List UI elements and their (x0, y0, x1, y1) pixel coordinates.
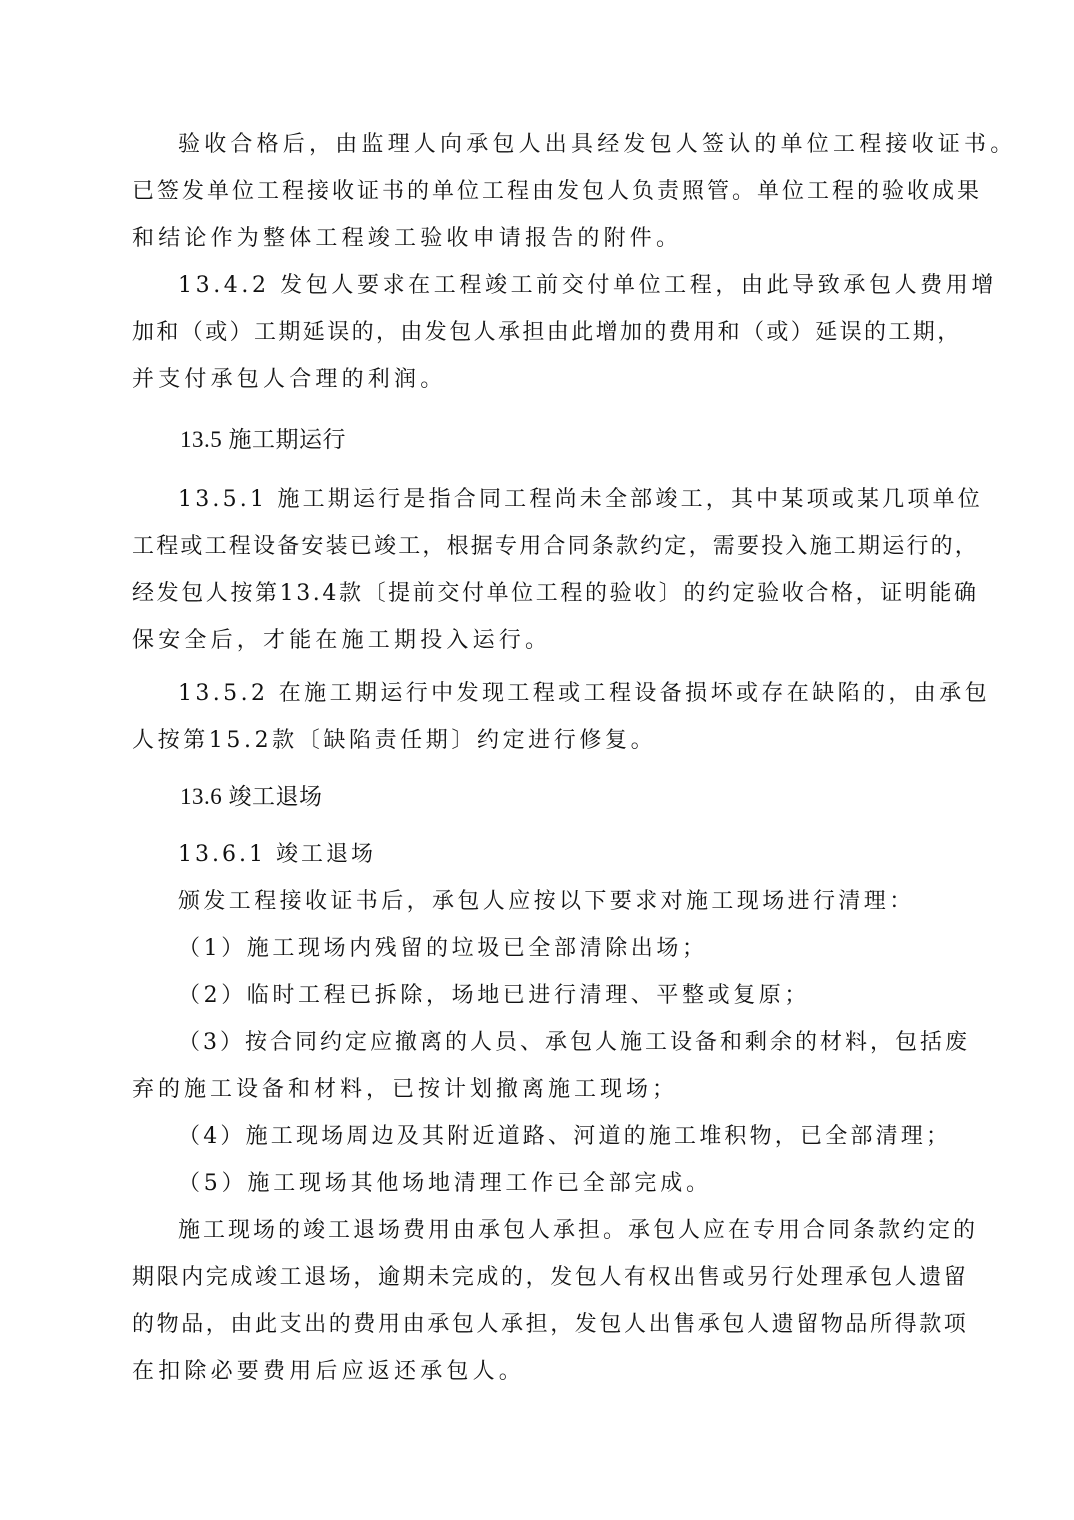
section-heading-13-6: 13.6 竣工退场 (180, 782, 323, 812)
text-line: 颁发工程接收证书后，承包人应按以下要求对施工现场进行清理： (178, 887, 915, 917)
text-line: 和结论作为整体工程竣工验收申请报告的附件。 (132, 224, 682, 254)
text-line: 并支付承包人合理的利润。 (132, 365, 446, 395)
text-line: 13.4.2 发包人要求在工程竣工前交付单位工程，由此导致承包人费用增 (178, 271, 997, 301)
list-item-continuation: 弃的施工设备和材料，已按计划撤离施工现场； (132, 1075, 678, 1105)
text-line: 期限内完成竣工退场，逾期未完成的，发包人有权出售或另行处理承包人遗留 (132, 1263, 968, 1293)
document-page: 验收合格后，由监理人向承包人出具经发包人签认的单位工程接收证书。 已签发单位工程… (0, 0, 1074, 1520)
text-line: 施工现场的竣工退场费用由承包人承担。承包人应在专用合同条款约定的 (178, 1216, 978, 1246)
text-line: 经发包人按第13.4款〔提前交付单位工程的验收〕的约定验收合格，证明能确 (132, 579, 979, 609)
text-line: 13.5.1 施工期运行是指合同工程尚未全部竣工，其中某项或某几项单位 (178, 485, 983, 515)
text-line: 的物品，由此支出的费用由承包人承担，发包人出售承包人遗留物品所得款项 (132, 1310, 968, 1340)
list-item: （5）施工现场其他场地清理工作已全部完成。 (178, 1169, 712, 1199)
section-heading-13-5: 13.5 施工期运行 (180, 425, 346, 455)
text-line: 验收合格后，由监理人向承包人出具经发包人签认的单位工程接收证书。 (178, 130, 1016, 160)
text-line: 在扣除必要费用后应返还承包人。 (132, 1357, 525, 1387)
list-item: （3）按合同约定应撤离的人员、承包人施工设备和剩余的材料，包括废 (178, 1028, 970, 1058)
text-line: 工程或工程设备安装已竣工，根据专用合同条款约定，需要投入施工期运行的， (132, 532, 979, 562)
text-line: 13.5.2 在施工期运行中发现工程或工程设备损坏或存在缺陷的，由承包 (178, 679, 990, 709)
text-line: 加和（或）工期延误的，由发包人承担由此增加的费用和（或）延误的工期， (132, 318, 962, 348)
list-item: （2）临时工程已拆除，场地已进行清理、平整或复原； (178, 981, 810, 1011)
text-line: 人按第15.2款〔缺陷责任期〕约定进行修复。 (132, 726, 656, 756)
list-item: （1）施工现场内残留的垃圾已全部清除出场； (178, 934, 708, 964)
text-line: 保安全后，才能在施工期投入运行。 (132, 626, 551, 656)
text-line: 13.6.1 竣工退场 (178, 840, 376, 870)
text-line: 已签发单位工程接收证书的单位工程由发包人负责照管。单位工程的验收成果 (132, 177, 982, 207)
list-item: （4）施工现场周边及其附近道路、河道的施工堆积物，已全部清理； (178, 1122, 951, 1152)
